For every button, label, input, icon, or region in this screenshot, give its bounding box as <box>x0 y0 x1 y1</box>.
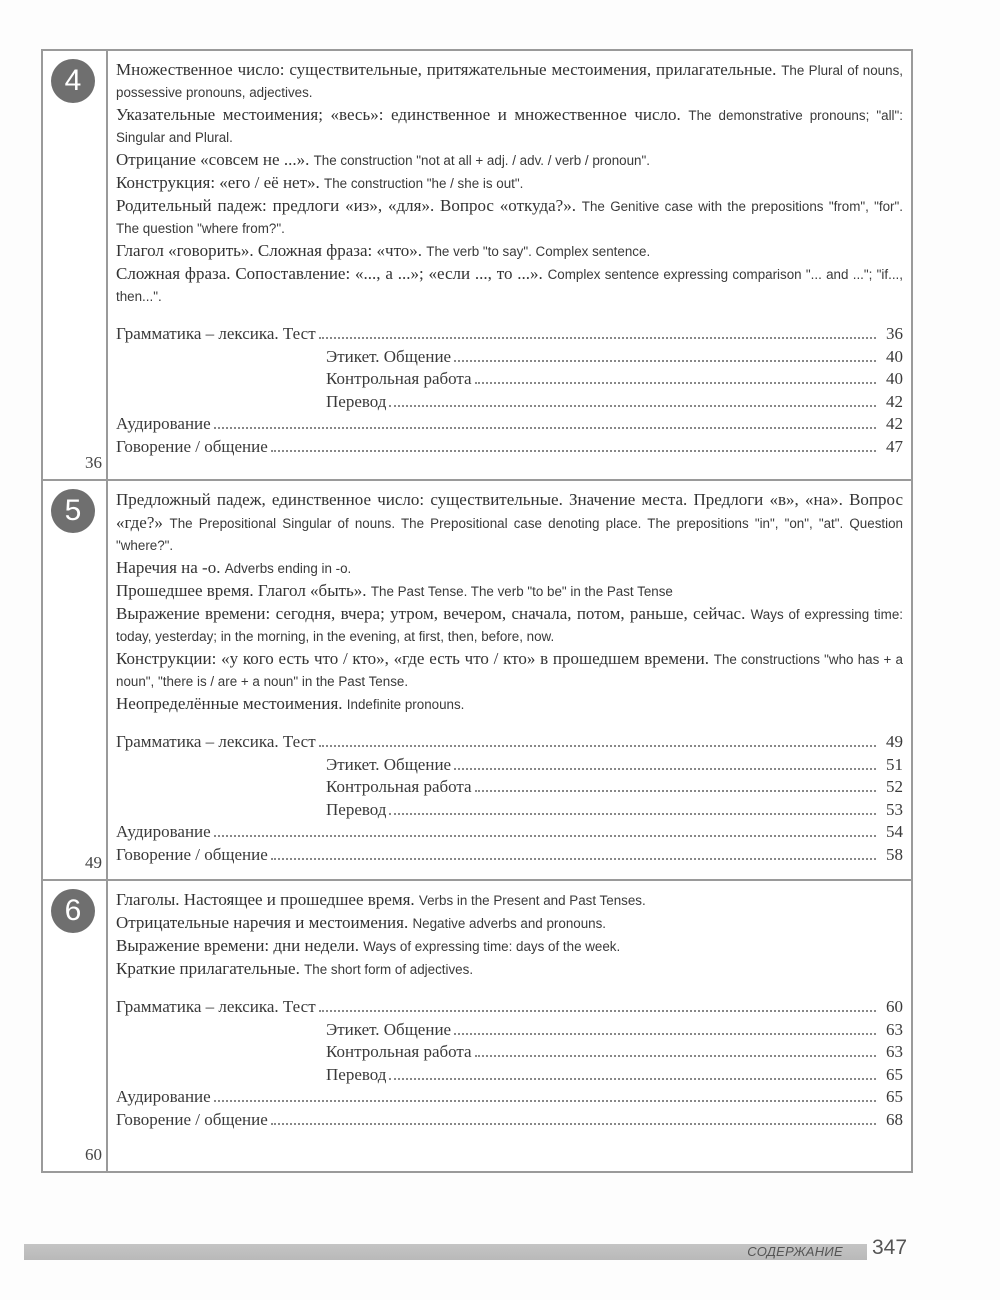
toc-entry[interactable]: Контрольная работа63 <box>116 1042 903 1065</box>
toc-entry-page: 42 <box>879 414 903 434</box>
topic-line: Глаголы. Настоящее и прошедшее время. Ve… <box>116 889 903 912</box>
topic-line: Прошедшее время. Глагол «быть». The Past… <box>116 580 903 603</box>
topic-russian: Множественное число: существительные, пр… <box>116 60 781 79</box>
toc-entry-page: 58 <box>879 845 903 865</box>
dot-leader <box>319 337 876 339</box>
topic-english: The Past Tense. The verb "to be" in the … <box>371 584 673 599</box>
topic-english: The verb "to say". Complex sentence. <box>426 244 650 259</box>
toc-entry-label: Говорение / общение <box>116 437 268 457</box>
dot-leader <box>271 1123 876 1125</box>
dot-leader <box>454 1033 876 1035</box>
toc-entry-label: Грамматика – лексика. Тест <box>116 732 316 752</box>
toc-entry-label: Этикет. Общение <box>326 1020 451 1040</box>
unit-start-page: 36 <box>85 453 102 473</box>
topic-russian: Конструкция: «его / её нет». <box>116 173 324 192</box>
topic-russian: Отрицательные наречия и местоимения. <box>116 913 412 932</box>
toc-entry-label: Аудирование <box>116 1087 211 1107</box>
topic-english: Verbs in the Present and Past Tenses. <box>419 893 646 908</box>
toc-entry[interactable]: Контрольная работа40 <box>116 369 903 392</box>
topic-line: Наречия на -о. Adverbs ending in -o. <box>116 557 903 580</box>
unit-content: Предложный падеж, единственное число: су… <box>108 481 911 879</box>
topic-line: Глагол «говорить». Сложная фраза: «что».… <box>116 240 903 263</box>
dot-leader <box>475 790 876 792</box>
topic-english: The short form of adjectives. <box>304 962 473 977</box>
topic-english: Adverbs ending in -o. <box>225 561 352 576</box>
unit-section: 549Предложный падеж, единственное число:… <box>43 481 911 881</box>
unit-section: 660Глаголы. Настоящее и прошедшее время.… <box>43 881 911 1171</box>
toc-entry[interactable]: Перевод42 <box>116 392 903 415</box>
toc-entry[interactable]: Аудирование42 <box>116 414 903 437</box>
footer-section-label: СОДЕРЖАНИЕ <box>747 1244 843 1260</box>
topic-russian: Глагол «говорить». Сложная фраза: «что». <box>116 241 426 260</box>
toc-entry-page: 51 <box>879 755 903 775</box>
toc-entry-label: Грамматика – лексика. Тест <box>116 324 316 344</box>
dot-leader <box>271 858 876 860</box>
toc-entry-label: Контрольная работа <box>326 777 472 797</box>
topic-line: Сложная фраза. Сопоставление: «..., а ..… <box>116 263 903 308</box>
toc-entry[interactable]: Этикет. Общение63 <box>116 1020 903 1043</box>
toc-entry-page: 60 <box>879 997 903 1017</box>
topic-russian: Отрицание «совсем не ...». <box>116 150 314 169</box>
topic-russian: Родительный падеж: предлоги «из», «для».… <box>116 196 582 215</box>
toc-entry-page: 65 <box>879 1087 903 1107</box>
dot-leader <box>389 813 876 815</box>
toc-entry-label: Этикет. Общение <box>326 347 451 367</box>
unit-start-page: 60 <box>85 1145 102 1165</box>
dot-leader <box>475 1055 876 1057</box>
topic-line: Родительный падеж: предлоги «из», «для».… <box>116 195 903 240</box>
unit-number-badge: 6 <box>51 889 95 933</box>
toc-entry-label: Перевод <box>326 800 386 820</box>
toc-entry-label: Аудирование <box>116 414 211 434</box>
topic-russian: Указательные местоимения; «весь»: единст… <box>116 105 688 124</box>
toc-entry-label: Контрольная работа <box>326 369 472 389</box>
footer-bar: СОДЕРЖАНИЕ <box>24 1244 867 1260</box>
toc-entry-label: Говорение / общение <box>116 845 268 865</box>
toc-entry[interactable]: Грамматика – лексика. Тест60 <box>116 997 903 1020</box>
topic-line: Неопределённые местоимения. Indefinite p… <box>116 693 903 716</box>
toc-entry-page: 54 <box>879 822 903 842</box>
dot-leader <box>214 835 876 837</box>
toc-entry[interactable]: Аудирование65 <box>116 1087 903 1110</box>
toc-entry-label: Контрольная работа <box>326 1042 472 1062</box>
toc-entry-page: 53 <box>879 800 903 820</box>
topic-english: The construction "he / she is out". <box>324 176 523 191</box>
toc-entries: Грамматика – лексика. Тест49Этикет. Обще… <box>116 732 903 868</box>
topic-line: Указательные местоимения; «весь»: единст… <box>116 104 903 149</box>
toc-entry-page: 63 <box>879 1020 903 1040</box>
topic-russian: Краткие прилагательные. <box>116 959 304 978</box>
toc-entry-page: 65 <box>879 1065 903 1085</box>
toc-entry-page: 36 <box>879 324 903 344</box>
dot-leader <box>214 1100 876 1102</box>
toc-entry[interactable]: Грамматика – лексика. Тест49 <box>116 732 903 755</box>
topic-russian: Выражение времени: дни недели. <box>116 936 363 955</box>
topic-russian: Наречия на -о. <box>116 558 225 577</box>
dot-leader <box>454 360 876 362</box>
dot-leader <box>389 405 876 407</box>
topic-russian: Сложная фраза. Сопоставление: «..., а ..… <box>116 264 548 283</box>
toc-entry[interactable]: Этикет. Общение40 <box>116 347 903 370</box>
toc-entry-label: Говорение / общение <box>116 1110 268 1130</box>
topic-english: The construction "not at all + adj. / ad… <box>314 153 650 168</box>
toc-entry-page: 68 <box>879 1110 903 1130</box>
toc-entry-label: Грамматика – лексика. Тест <box>116 997 316 1017</box>
toc-entry[interactable]: Говорение / общение68 <box>116 1110 903 1133</box>
toc-entry-page: 40 <box>879 347 903 367</box>
toc-entry-page: 52 <box>879 777 903 797</box>
dot-leader <box>271 450 876 452</box>
toc-entry-page: 42 <box>879 392 903 412</box>
toc-entry-label: Аудирование <box>116 822 211 842</box>
topic-line: Краткие прилагательные. The short form o… <box>116 958 903 981</box>
toc-entry[interactable]: Этикет. Общение51 <box>116 755 903 778</box>
dot-leader <box>214 427 876 429</box>
toc-entry[interactable]: Аудирование54 <box>116 822 903 845</box>
topic-english: Negative adverbs and pronouns. <box>412 916 606 931</box>
topic-line: Предложный падеж, единственное число: су… <box>116 489 903 557</box>
topic-english: Ways of expressing time: days of the wee… <box>363 939 620 954</box>
topic-line: Отрицание «совсем не ...». The construct… <box>116 149 903 172</box>
unit-number-badge: 5 <box>51 489 95 533</box>
unit-number-column: 436 <box>43 51 108 479</box>
dot-leader <box>389 1078 876 1080</box>
topic-russian: Прошедшее время. Глагол «быть». <box>116 581 371 600</box>
dot-leader <box>454 768 876 770</box>
toc-entries: Грамматика – лексика. Тест36Этикет. Обще… <box>116 324 903 460</box>
unit-start-page: 49 <box>85 853 102 873</box>
toc-entry[interactable]: Грамматика – лексика. Тест36 <box>116 324 903 347</box>
page-number: 347 <box>872 1236 907 1260</box>
topic-russian: Глаголы. Настоящее и прошедшее время. <box>116 890 419 909</box>
toc-entry-label: Перевод <box>326 1065 386 1085</box>
topic-line: Множественное число: существительные, пр… <box>116 59 903 104</box>
topic-russian: Конструкции: «у кого есть что / кто», «г… <box>116 649 714 668</box>
toc-entry[interactable]: Говорение / общение58 <box>116 845 903 868</box>
toc-entry-label: Перевод <box>326 392 386 412</box>
dot-leader <box>319 1010 876 1012</box>
topic-line: Выражение времени: дни недели. Ways of e… <box>116 935 903 958</box>
unit-content: Глаголы. Настоящее и прошедшее время. Ve… <box>108 881 911 1171</box>
unit-number-column: 660 <box>43 881 108 1171</box>
toc-entry[interactable]: Контрольная работа52 <box>116 777 903 800</box>
toc-entries: Грамматика – лексика. Тест60Этикет. Обще… <box>116 997 903 1133</box>
topic-english: The Prepositional Singular of nouns. The… <box>116 516 903 553</box>
dot-leader <box>319 745 876 747</box>
toc-entry[interactable]: Говорение / общение47 <box>116 437 903 460</box>
toc-entry-page: 40 <box>879 369 903 389</box>
toc-entry-page: 47 <box>879 437 903 457</box>
table-of-contents: 436Множественное число: существительные,… <box>41 49 913 1173</box>
topic-russian: Неопределённые местоимения. <box>116 694 347 713</box>
toc-entry-label: Этикет. Общение <box>326 755 451 775</box>
unit-content: Множественное число: существительные, пр… <box>108 51 911 479</box>
toc-entry-page: 63 <box>879 1042 903 1062</box>
toc-entry[interactable]: Перевод53 <box>116 800 903 823</box>
topic-russian: Выражение времени: сегодня, вчера; утром… <box>116 604 751 623</box>
unit-number-column: 549 <box>43 481 108 879</box>
topic-line: Отрицательные наречия и местоимения. Neg… <box>116 912 903 935</box>
toc-entry[interactable]: Перевод65 <box>116 1065 903 1088</box>
dot-leader <box>475 382 876 384</box>
unit-section: 436Множественное число: существительные,… <box>43 51 911 481</box>
toc-entry-page: 49 <box>879 732 903 752</box>
topic-line: Конструкция: «его / её нет». The constru… <box>116 172 903 195</box>
topic-english: Indefinite pronouns. <box>347 697 465 712</box>
topic-line: Выражение времени: сегодня, вчера; утром… <box>116 603 903 648</box>
unit-number-badge: 4 <box>51 59 95 103</box>
topic-line: Конструкции: «у кого есть что / кто», «г… <box>116 648 903 693</box>
